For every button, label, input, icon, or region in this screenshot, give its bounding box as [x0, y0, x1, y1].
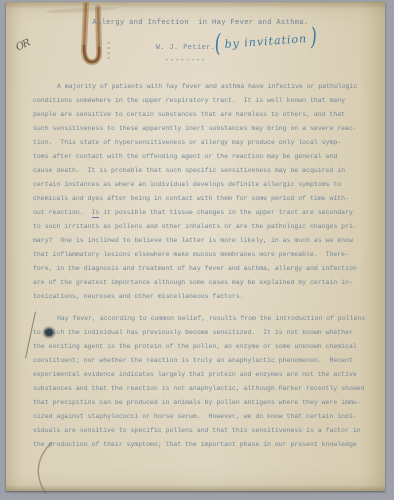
text-segment: it possible that tissue changes in the u… — [99, 209, 353, 216]
typed-line: mary? One is inclined to believe the lat… — [33, 234, 375, 248]
typed-line: such sensitiveness to these apparently i… — [33, 122, 375, 136]
typed-line: viduals are sensitive to specific pollen… — [33, 424, 375, 438]
typed-line: certain instances as where an individual… — [33, 178, 375, 192]
typed-line: that inflammatory lesions elsewhere make… — [33, 248, 375, 262]
typed-line: substances and that the reaction is not … — [33, 382, 375, 396]
text-segment: ich the individual has previously become… — [53, 329, 353, 336]
typed-line: the production of their symptoms; that t… — [33, 438, 375, 452]
typed-line: cause death. It is probable that such sp… — [33, 164, 375, 178]
manuscript-page: OR Allergy and Infection in Hay Fever an… — [6, 2, 385, 491]
typed-line: are of the greatest importance although … — [33, 276, 375, 290]
typed-line: the exciting agent is the protein of the… — [33, 340, 375, 354]
blot-segment: wh — [45, 329, 53, 336]
typed-line: toms after contact with the offending ag… — [33, 150, 375, 164]
typed-line: nized against staphylococci or horse ser… — [33, 410, 375, 424]
typed-line: to which the individual has previously b… — [33, 326, 375, 340]
typed-line: conditions somewhere in the upper respir… — [33, 94, 375, 108]
typed-line: out reaction. Is it possible that tissue… — [33, 206, 375, 220]
typed-line: constituent; nor whether the reaction is… — [33, 354, 375, 368]
arc-icon — [22, 440, 66, 496]
pencil-arc-mark — [22, 440, 66, 496]
typed-line: tion. This state of hypersensitiveness o… — [33, 136, 375, 150]
typed-line: A majority of patients with hay fever an… — [33, 80, 375, 94]
typed-line: toxications, neuroses and other miscella… — [33, 290, 375, 304]
body-text: A majority of patients with hay fever an… — [33, 80, 375, 452]
paren-open-mark: ( — [214, 31, 222, 55]
typed-line: fore, in the diagnosis and treatment of … — [33, 262, 375, 276]
paren-close-mark: ) — [310, 24, 318, 48]
typed-line: to such irritants as pollens and other i… — [33, 220, 375, 234]
typed-line: Hay fever, according to common belief, r… — [33, 312, 375, 326]
paragraph: Hay fever, according to common belief, r… — [33, 312, 375, 452]
paragraph: A majority of patients with hay fever an… — [33, 80, 375, 304]
typed-line: chemicals and dyes after being in contac… — [33, 192, 375, 206]
byline-rule: -------- — [0, 57, 375, 65]
document-title: Allergy and Infection in Hay Fever and A… — [11, 19, 390, 27]
text-segment: to — [33, 329, 45, 336]
typed-line: that precipitins can be produced in anim… — [33, 396, 375, 410]
photo-background: OR Allergy and Infection in Hay Fever an… — [0, 0, 394, 500]
text-segment: out reaction. — [33, 209, 92, 216]
annotation-text: by invitation — [223, 32, 308, 51]
typed-line: experimental evidence indicates largely … — [33, 368, 375, 382]
typed-line: people are sensitive to certain substanc… — [33, 108, 375, 122]
